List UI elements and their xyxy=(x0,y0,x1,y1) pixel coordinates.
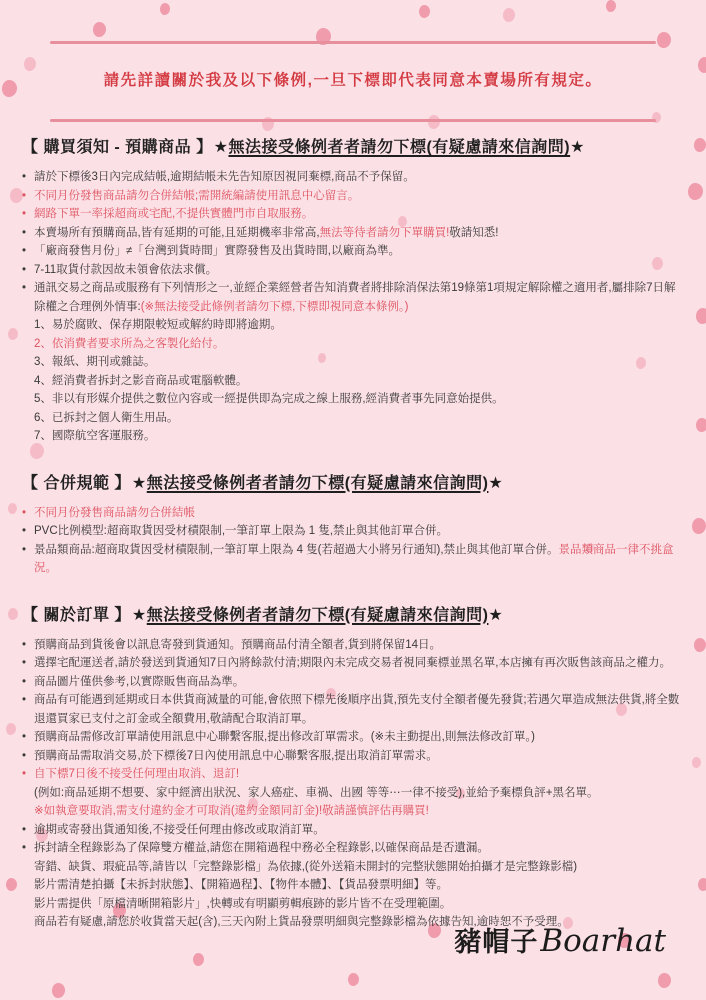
bullet-marker-icon: • xyxy=(22,821,34,840)
section-title-underlined: 無法接受條例者者請勿下標(有疑慮請來信詢問) xyxy=(147,607,489,624)
bullet-text: 通訊交易之商品或服務有下列情形之一,並經企業經營者告知消費者將排除消保法第19條… xyxy=(34,279,684,316)
text-segment: 7-11取貨付款因故未領會依法求償。 xyxy=(34,264,217,276)
section-title-underlined: 無法接受條例者者請勿下標(有疑慮請來信詢問) xyxy=(147,475,489,492)
polka-dot xyxy=(692,518,706,534)
text-segment: 寄錯、缺貨、瑕疵品等,請皆以「完整錄影檔」為依據,(從外送箱未開封的完整狀態開始… xyxy=(34,861,577,873)
text-segment: 逾期或寄發出貨通知後,不接受任何理由修改或取消訂單。 xyxy=(34,824,325,836)
bullet-marker-icon: • xyxy=(22,224,34,243)
numbered-sub-item: 2、依消費者要求所為之客製化給付。 xyxy=(22,335,684,354)
bullet-text: 拆封請全程錄影為了保障雙方權益,請您在開箱過程中務必全程錄影,以確保商品是否遺漏… xyxy=(34,839,684,858)
continuation-line: (例如:商品延期不想要、家中經濟出狀況、家人癌症、車禍、出國 等等⋯一律不接受)… xyxy=(22,784,684,803)
top-divider-line xyxy=(50,41,656,44)
bullet-item: •網路下單一率採超商或宅配,不提供實體門市自取服務。 xyxy=(22,205,684,224)
section-title-bracket: 【 關於訂單 】 xyxy=(22,607,131,624)
text-segment: 商品有可能遇到延期或日本供貨商減量的可能,會依照下標先後順序出貨,預先支付全額者… xyxy=(34,694,679,725)
bullet-text: 自下標7日後不接受任何理由取消、退訂! xyxy=(34,765,684,784)
bullet-item: •預購商品到貨後會以訊息寄發到貨通知。預購商品付清全額者,貨到將保留14日。 xyxy=(22,636,684,655)
bullet-marker-icon: • xyxy=(22,504,34,523)
bullet-text: ※如執意要取消,需支付違約金才可取消(違約金額同訂金)!敬請謹慎評估再購買! xyxy=(34,802,684,821)
text-segment: 4、經消費者拆封之影音商品或電腦軟體。 xyxy=(34,375,247,387)
bullet-text: 3、報紙、期刊或雜誌。 xyxy=(34,353,684,372)
bullet-marker-icon: • xyxy=(22,691,34,710)
bullet-marker-icon: • xyxy=(22,747,34,766)
text-segment: 自下標7日後不接受任何理由取消、退訂! xyxy=(34,768,239,780)
text-segment: 景品類商品:超商取貨因受材積限制,一筆訂單上限為 4 隻(若超過大小將另行通知)… xyxy=(34,544,559,556)
polka-dot xyxy=(694,638,706,652)
text-segment: 1、易於腐敗、保存期限較短或解約時即將逾期。 xyxy=(34,319,282,331)
bullet-item: •景品類商品:超商取貨因受材積限制,一筆訂單上限為 4 隻(若超過大小將另行通知… xyxy=(22,541,684,578)
section: 【 購買須知 - 預購商品 】★無法接受條例者者請勿下標(有疑慮請來信詢問)★•… xyxy=(22,134,684,446)
text-segment: 3、報紙、期刊或雜誌。 xyxy=(34,356,155,368)
text-segment: 拆封請全程錄影為了保障雙方權益,請您在開箱過程中務必全程錄影,以確保商品是否遺漏… xyxy=(34,842,489,854)
text-segment: 影片需提供「原檔清晰開箱影片」,快轉或有明顯剪輯痕跡的影片皆不在受理範圍。 xyxy=(34,898,451,910)
polka-dot xyxy=(348,973,359,986)
bullet-marker-icon: • xyxy=(22,541,34,560)
text-segment: 不同月份發售商品請勿合併結帳 xyxy=(34,507,195,519)
bullet-text: 2、依消費者要求所為之客製化給付。 xyxy=(34,335,684,354)
text-segment: 「廠商發售月份」≠「台灣到貨時間」實際發售及出貨時間,以廠商為準。 xyxy=(34,245,400,257)
star-icon: ★ xyxy=(488,607,503,624)
bullet-item: •通訊交易之商品或服務有下列情形之一,並經企業經營者告知消費者將排除消保法第19… xyxy=(22,279,684,316)
bullet-marker-icon: • xyxy=(22,261,34,280)
text-segment: 7、國際航空客運服務。 xyxy=(34,430,155,442)
bullet-text: 6、已拆封之個人衛生用品。 xyxy=(34,409,684,428)
text-segment: 5、非以有形媒介提供之數位內容或一經提供即為完成之線上服務,經消費者事先同意始提… xyxy=(34,393,504,405)
bullet-text: (例如:商品延期不想要、家中經濟出狀況、家人癌症、車禍、出國 等等⋯一律不接受)… xyxy=(34,784,684,803)
continuation-line: 影片需清楚拍攝【未拆封狀態】、【開箱過程】、【物件本體】、【貨品發票明細】等。 xyxy=(22,876,684,895)
bullet-text: 7、國際航空客運服務。 xyxy=(34,427,684,446)
bullet-marker-icon: • xyxy=(22,765,34,784)
polka-dot xyxy=(6,723,16,735)
bullet-marker-icon: • xyxy=(22,522,34,541)
star-icon: ★ xyxy=(132,607,147,624)
bullet-text: 景品類商品:超商取貨因受材積限制,一筆訂單上限為 4 隻(若超過大小將另行通知)… xyxy=(34,541,684,578)
shop-logo: 豬帽子 Boarhat xyxy=(454,920,666,959)
polka-dot xyxy=(6,878,17,891)
bullet-text: 5、非以有形媒介提供之數位內容或一經提供即為完成之線上服務,經消費者事先同意始提… xyxy=(34,390,684,409)
bullet-text: 不同月份發售商品請勿合併結帳;需開統編請使用訊息中心留言。 xyxy=(34,187,684,206)
star-icon: ★ xyxy=(570,139,585,156)
bullet-text: 寄錯、缺貨、瑕疵品等,請皆以「完整錄影檔」為依據,(從外送箱未開封的完整狀態開始… xyxy=(34,858,684,877)
bullet-item: •本賣場所有預購商品,皆有延期的可能,且延期機率非常高,無法等待者請勿下單購買!… xyxy=(22,224,684,243)
bullet-text: 影片需清楚拍攝【未拆封狀態】、【開箱過程】、【物件本體】、【貨品發票明細】等。 xyxy=(34,876,684,895)
bullet-item: •不同月份發售商品請勿合併結帳;需開統編請使用訊息中心留言。 xyxy=(22,187,684,206)
text-segment: 選擇宅配運送者,請於發送到貨通知7日內將餘款付清;期限內未完成交易者視同棄標並黑… xyxy=(34,657,671,669)
text-segment: 6、已拆封之個人衛生用品。 xyxy=(34,412,178,424)
polka-dot xyxy=(657,32,671,48)
polka-dot xyxy=(606,0,616,12)
bullet-text: PVC比例模型:超商取貨因受材積限制,一筆訂單上限為 1 隻,禁止與其他訂單合併… xyxy=(34,522,684,541)
bullet-text: 1、易於腐敗、保存期限較短或解約時即將逾期。 xyxy=(34,316,684,335)
section-title: 【 關於訂單 】★無法接受條例者者請勿下標(有疑慮請來信詢問)★ xyxy=(22,602,684,625)
section: 【 關於訂單 】★無法接受條例者者請勿下標(有疑慮請來信詢問)★•預購商品到貨後… xyxy=(22,602,684,932)
continuation-line: 影片需提供「原檔清晰開箱影片」,快轉或有明顯剪輯痕跡的影片皆不在受理範圍。 xyxy=(22,895,684,914)
bullet-item: •商品圖片僅供參考,以實際販售商品為準。 xyxy=(22,673,684,692)
terms-sections: 【 購買須知 - 預購商品 】★無法接受條例者者請勿下標(有疑慮請來信詢問)★•… xyxy=(22,134,684,932)
numbered-sub-item: 5、非以有形媒介提供之數位內容或一經提供即為完成之線上服務,經消費者事先同意始提… xyxy=(22,390,684,409)
bullet-marker-icon: • xyxy=(22,187,34,206)
bullet-marker-icon: • xyxy=(22,205,34,224)
text-segment: PVC比例模型:超商取貨因受材積限制,一筆訂單上限為 1 隻,禁止與其他訂單合併… xyxy=(34,525,448,537)
numbered-sub-item: 1、易於腐敗、保存期限較短或解約時即將逾期。 xyxy=(22,316,684,335)
bullet-text: 商品圖片僅供參考,以實際販售商品為準。 xyxy=(34,673,684,692)
bullet-list: •不同月份發售商品請勿合併結帳•PVC比例模型:超商取貨因受材積限制,一筆訂單上… xyxy=(22,504,684,578)
text-segment: 無法等待者請勿下單購買! xyxy=(320,227,450,239)
polka-dot xyxy=(193,953,204,966)
bullet-item: •選擇宅配運送者,請於發送到貨通知7日內將餘款付清;期限內未完成交易者視同棄標並… xyxy=(22,654,684,673)
star-icon: ★ xyxy=(214,139,229,156)
polka-dot xyxy=(419,5,430,18)
polka-dot xyxy=(8,328,18,340)
bullet-text: 7-11取貨付款因故未領會依法求償。 xyxy=(34,261,684,280)
bullet-item: •PVC比例模型:超商取貨因受材積限制,一筆訂單上限為 1 隻,禁止與其他訂單合… xyxy=(22,522,684,541)
numbered-sub-item: 3、報紙、期刊或雜誌。 xyxy=(22,353,684,372)
bullet-item: •拆封請全程錄影為了保障雙方權益,請您在開箱過程中務必全程錄影,以確保商品是否遺… xyxy=(22,839,684,858)
text-segment: (例如:商品延期不想要、家中經濟出狀況、家人癌症、車禍、出國 等等⋯一律不接受)… xyxy=(34,787,598,799)
bullet-marker-icon: • xyxy=(22,654,34,673)
bullet-item: •7-11取貨付款因故未領會依法求償。 xyxy=(22,261,684,280)
polka-dot xyxy=(52,983,65,998)
bullet-marker-icon: • xyxy=(22,636,34,655)
section: 【 合併規範 】★無法接受條例者者請勿下標(有疑慮請來信詢問)★•不同月份發售商… xyxy=(22,470,684,578)
star-icon: ★ xyxy=(488,475,503,492)
bullet-text: 選擇宅配運送者,請於發送到貨通知7日內將餘款付清;期限內未完成交易者視同棄標並黑… xyxy=(34,654,684,673)
polka-dot xyxy=(694,138,706,152)
bullet-list: •請於下標後3日內完成結帳,逾期結帳未先告知原因視同棄標,商品不予保留。•不同月… xyxy=(22,168,684,446)
text-segment: 不同月份發售商品請勿合併結帳;需開統編請使用訊息中心留言。 xyxy=(34,190,359,202)
text-segment: ※如執意要取消,需支付違約金才可取消(違約金額同訂金)!敬請謹慎評估再購買! xyxy=(34,805,429,817)
bullet-text: 不同月份發售商品請勿合併結帳 xyxy=(34,504,684,523)
polka-dot xyxy=(692,757,701,768)
polka-dot xyxy=(8,608,18,620)
text-segment: (※無法接受此條例者請勿下標,下標即視同意本條例。) xyxy=(141,301,409,313)
bullet-list: •預購商品到貨後會以訊息寄發到貨通知。預購商品付清全額者,貨到將保留14日。•選… xyxy=(22,636,684,932)
numbered-sub-item: 7、國際航空客運服務。 xyxy=(22,427,684,446)
numbered-sub-item: 4、經消費者拆封之影音商品或電腦軟體。 xyxy=(22,372,684,391)
text-segment: 網路下單一率採超商或宅配,不提供實體門市自取服務。 xyxy=(34,208,313,220)
bullet-text: 預購商品需取消交易,於下標後7日內使用訊息中心聯繫客服,提出取消訂單需求。 xyxy=(34,747,684,766)
text-segment: 影片需清楚拍攝【未拆封狀態】、【開箱過程】、【物件本體】、【貨品發票明細】等。 xyxy=(34,879,448,891)
polka-dot xyxy=(8,503,17,514)
bullet-item: •逾期或寄發出貨通知後,不接受任何理由修改或取消訂單。 xyxy=(22,821,684,840)
polka-dot xyxy=(688,183,703,200)
text-segment: 商品圖片僅供參考,以實際販售商品為準。 xyxy=(34,676,244,688)
section-title-underlined: 無法接受條例者者請勿下標(有疑慮請來信詢問) xyxy=(228,139,570,156)
bullet-text: 預購商品需修改訂單請使用訊息中心聯繫客服,提出修改訂單需求。(※未主動提出,則無… xyxy=(34,728,684,747)
text-segment: 預購商品需修改訂單請使用訊息中心聯繫客服,提出修改訂單需求。(※未主動提出,則無… xyxy=(34,731,535,743)
bullet-text: 「廠商發售月份」≠「台灣到貨時間」實際發售及出貨時間,以廠商為準。 xyxy=(34,242,684,261)
continuation-line: ※如執意要取消,需支付違約金才可取消(違約金額同訂金)!敬請謹慎評估再購買! xyxy=(22,802,684,821)
polka-dot xyxy=(93,22,106,37)
text-segment: 敬請知悉! xyxy=(449,227,498,239)
polka-dot xyxy=(428,115,440,129)
bullet-text: 4、經消費者拆封之影音商品或電腦軟體。 xyxy=(34,372,684,391)
section-title-bracket: 【 合併規範 】 xyxy=(22,475,131,492)
bullet-text: 網路下單一率採超商或宅配,不提供實體門市自取服務。 xyxy=(34,205,684,224)
continuation-line: 寄錯、缺貨、瑕疵品等,請皆以「完整錄影檔」為依據,(從外送箱未開封的完整狀態開始… xyxy=(22,858,684,877)
section-title-bracket: 【 購買須知 - 預購商品 】 xyxy=(22,139,213,156)
shop-logo-cjk: 豬帽子 xyxy=(454,920,538,959)
shop-notice-slogan: 請先詳讀關於我及以下條例,一旦下標即代表同意本賣場所有規定。 xyxy=(0,68,706,90)
bullet-item: •「廠商發售月份」≠「台灣到貨時間」實際發售及出貨時間,以廠商為準。 xyxy=(22,242,684,261)
polka-dot xyxy=(696,308,706,324)
bullet-item: •不同月份發售商品請勿合併結帳 xyxy=(22,504,684,523)
polka-dot xyxy=(503,8,515,22)
bullet-text: 預購商品到貨後會以訊息寄發到貨通知。預購商品付清全額者,貨到將保留14日。 xyxy=(34,636,684,655)
bullet-item: •自下標7日後不接受任何理由取消、退訂! xyxy=(22,765,684,784)
polka-dot xyxy=(698,878,706,891)
bullet-item: •商品有可能遇到延期或日本供貨商減量的可能,會依照下標先後順序出貨,預先支付全額… xyxy=(22,691,684,728)
bullet-marker-icon: • xyxy=(22,839,34,858)
numbered-sub-item: 6、已拆封之個人衛生用品。 xyxy=(22,409,684,428)
section-title: 【 合併規範 】★無法接受條例者者請勿下標(有疑慮請來信詢問)★ xyxy=(22,470,684,493)
notice-page: 請先詳讀關於我及以下條例,一旦下標即代表同意本賣場所有規定。 【 購買須知 - … xyxy=(0,0,706,1000)
text-segment: 預購商品到貨後會以訊息寄發到貨通知。預購商品付清全額者,貨到將保留14日。 xyxy=(34,639,441,651)
bullet-marker-icon: • xyxy=(22,279,34,298)
bullet-marker-icon: • xyxy=(22,168,34,187)
polka-dot xyxy=(160,3,170,15)
bullet-marker-icon: • xyxy=(22,673,34,692)
text-segment: 2、依消費者要求所為之客製化給付。 xyxy=(34,338,224,350)
bullet-item: •請於下標後3日內完成結帳,逾期結帳未先告知原因視同棄標,商品不予保留。 xyxy=(22,168,684,187)
bullet-marker-icon: • xyxy=(22,242,34,261)
bullet-text: 商品有可能遇到延期或日本供貨商減量的可能,會依照下標先後順序出貨,預先支付全額者… xyxy=(34,691,684,728)
bullet-text: 逾期或寄發出貨通知後,不接受任何理由修改或取消訂單。 xyxy=(34,821,684,840)
text-segment: 本賣場所有預購商品,皆有延期的可能,且延期機率非常高, xyxy=(34,227,320,239)
bullet-text: 影片需提供「原檔清晰開箱影片」,快轉或有明顯剪輯痕跡的影片皆不在受理範圍。 xyxy=(34,895,684,914)
section-title: 【 購買須知 - 預購商品 】★無法接受條例者者請勿下標(有疑慮請來信詢問)★ xyxy=(22,134,684,157)
polka-dot xyxy=(696,418,706,432)
shop-logo-latin: Boarhat xyxy=(540,923,666,959)
bullet-text: 本賣場所有預購商品,皆有延期的可能,且延期機率非常高,無法等待者請勿下單購買!敬… xyxy=(34,224,684,243)
star-icon: ★ xyxy=(132,475,147,492)
text-segment: 請於下標後3日內完成結帳,逾期結帳未先告知原因視同棄標,商品不予保留。 xyxy=(34,171,415,183)
bullet-item: •預購商品需取消交易,於下標後7日內使用訊息中心聯繫客服,提出取消訂單需求。 xyxy=(22,747,684,766)
text-segment: 預購商品需取消交易,於下標後7日內使用訊息中心聯繫客服,提出取消訂單需求。 xyxy=(34,750,438,762)
bullet-text: 請於下標後3日內完成結帳,逾期結帳未先告知原因視同棄標,商品不予保留。 xyxy=(34,168,684,187)
polka-dot xyxy=(658,973,671,988)
bullet-item: •預購商品需修改訂單請使用訊息中心聯繫客服,提出修改訂單需求。(※未主動提出,則… xyxy=(22,728,684,747)
bottom-divider-line xyxy=(50,119,656,122)
bullet-marker-icon: • xyxy=(22,728,34,747)
